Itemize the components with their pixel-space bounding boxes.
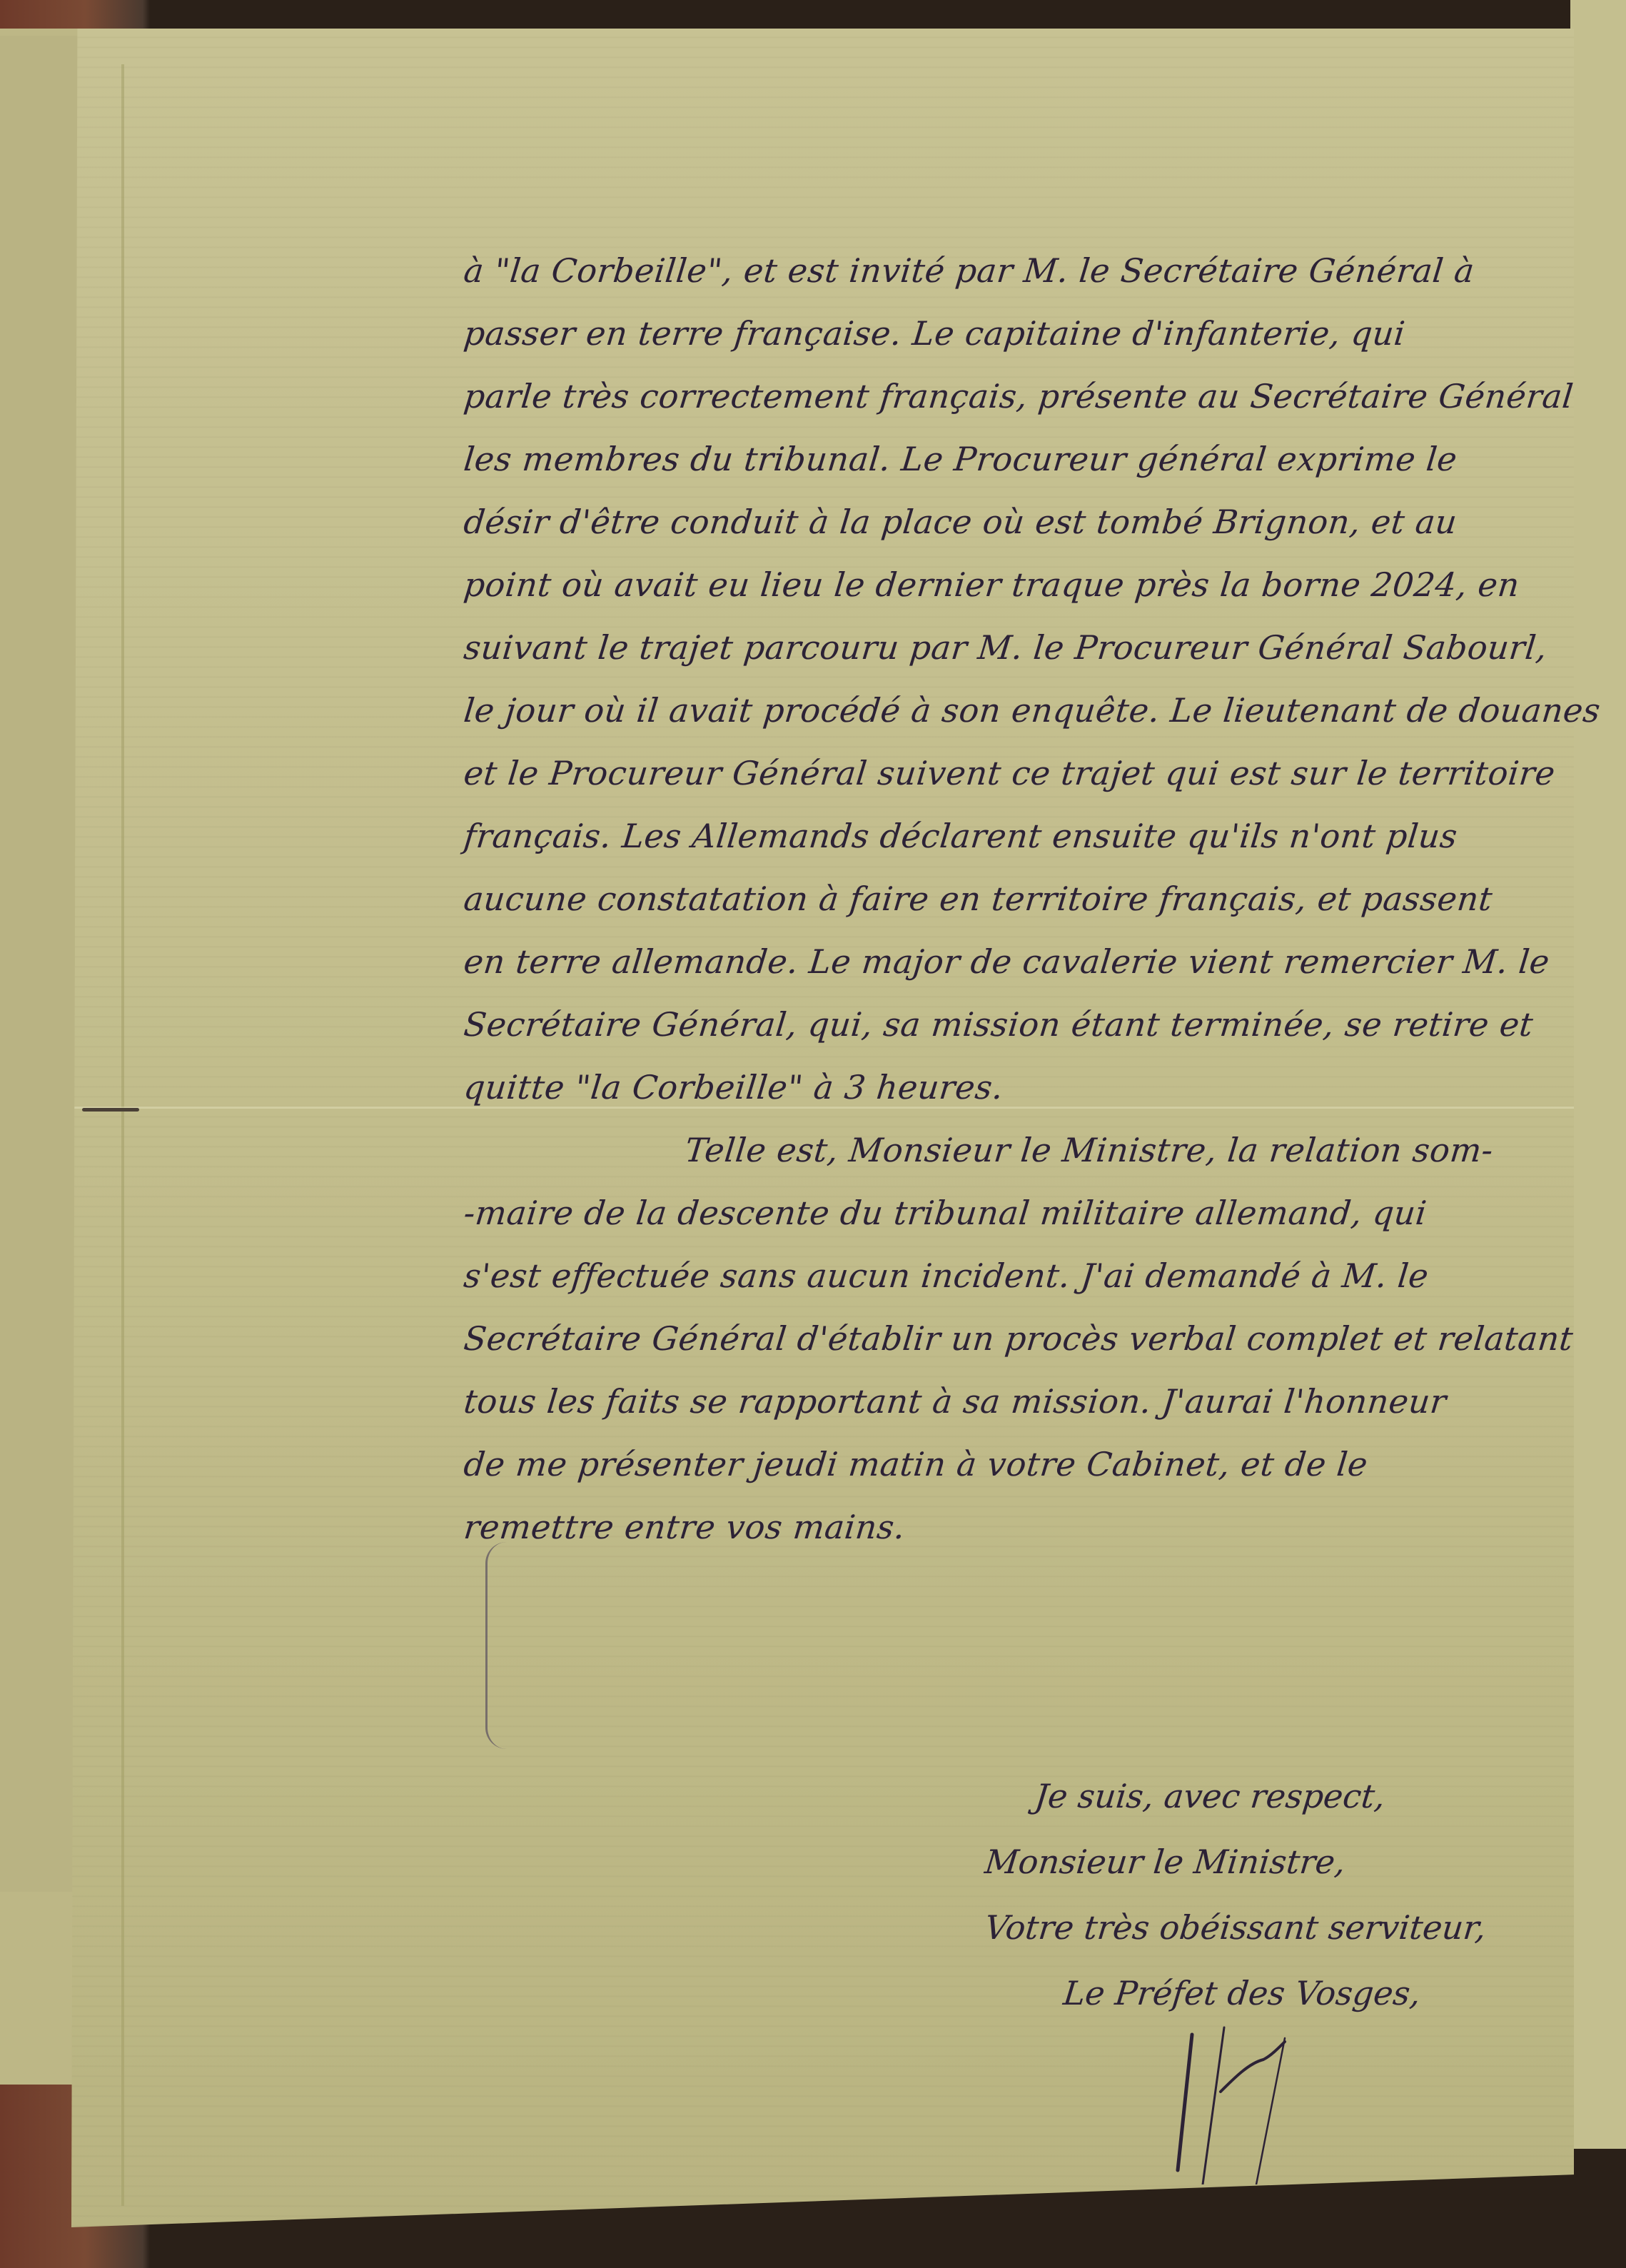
closing-block: Je suis, avec respect, Monsieur le Minis… (985, 1763, 1486, 2026)
body-line: parle très correctement français, présen… (460, 365, 1580, 428)
body-line: point où avait eu lieu le dernier traque… (460, 553, 1580, 616)
left-margin-fold (121, 64, 124, 2206)
body-line: le jour où il avait procédé à son enquêt… (460, 679, 1580, 742)
closing-line: Monsieur le Ministre, (981, 1829, 1489, 1895)
closing-line: Le Préfet des Vosges, (981, 1960, 1489, 2026)
body-line: remettre entre vos mains. (460, 1496, 1580, 1558)
body-line: à "la Corbeille", et est invité par M. l… (460, 239, 1580, 302)
body-line: aucune constatation à faire en territoir… (460, 867, 1580, 930)
body-line: de me présenter jeudi matin à votre Cabi… (460, 1433, 1580, 1496)
body-line: les membres du tribunal. Le Procureur gé… (460, 428, 1580, 490)
body-line: -maire de la descente du tribunal milita… (460, 1181, 1580, 1244)
letter-body: à "la Corbeille", et est invité par M. l… (464, 239, 1577, 1558)
body-line: quitte "la Corbeille" à 3 heures. (460, 1056, 1580, 1119)
body-line: passer en terre française. Le capitaine … (460, 302, 1580, 365)
closing-line: Je suis, avec respect, (981, 1763, 1489, 1829)
margin-bracket-mark (485, 1542, 516, 1749)
body-line: français. Les Allemands déclarent ensuit… (460, 805, 1580, 867)
body-line: et le Procureur Général suivent ce traje… (460, 742, 1580, 805)
body-line: tous les faits se rapportant à sa missio… (460, 1370, 1580, 1433)
closing-line: Votre très obéissant serviteur, (981, 1895, 1489, 1960)
body-line: Telle est, Monsieur le Ministre, la rela… (460, 1119, 1580, 1181)
body-line: désir d'être conduit à la place où est t… (460, 490, 1580, 553)
body-line: en terre allemande. Le major de cavaleri… (460, 930, 1580, 993)
body-line: Secrétaire Général d'établir un procès v… (460, 1307, 1580, 1370)
body-line: Secrétaire Général, qui, sa mission étan… (460, 993, 1580, 1056)
fold-tear-mark (82, 1108, 139, 1112)
body-line: s'est effectuée sans aucun incident. J'a… (460, 1244, 1580, 1307)
signature-icon (1171, 2020, 1385, 2184)
body-line: suivant le trajet parcouru par M. le Pro… (460, 616, 1580, 679)
